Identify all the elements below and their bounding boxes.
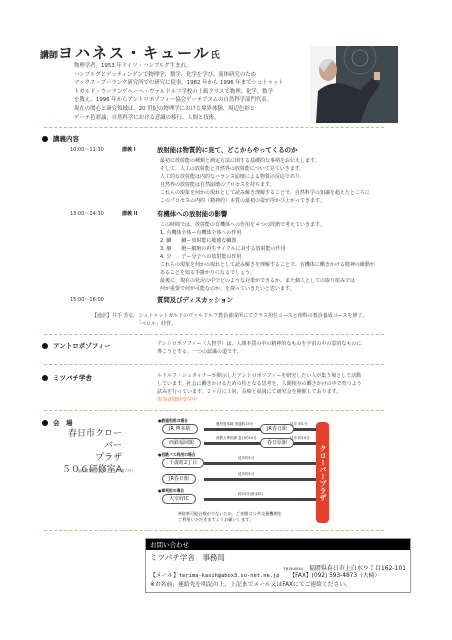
session-body: 最初に放射能の種類と測定方法に関する基礎的な事柄をお伝えします。 そして、人工の… bbox=[160, 157, 370, 205]
bullet-icon bbox=[42, 420, 48, 426]
mitsubachi-text: ルドルフ・シュタイナーが開示したアントロポゾフィーを研究したい人が集う場として活… bbox=[157, 372, 362, 404]
section-heading-mitsubachi: ミツバチ学舎 bbox=[42, 373, 92, 382]
station-nishitetsu-fukuoka: 西鉄福岡駅 bbox=[162, 438, 201, 448]
contact-org: ミツバチ学舎 事務局 bbox=[150, 552, 406, 563]
section-heading-venue: 会 場 bbox=[42, 418, 73, 427]
contact-heading: お問い合わせ bbox=[146, 539, 410, 550]
clover-plaza-label: クローバープラザ bbox=[316, 422, 329, 523]
session-title: 有機体への放射能の影響 bbox=[157, 209, 227, 218]
session-label: 講義 II bbox=[122, 210, 137, 217]
bio-line: ハンブルグとゲッティンゲンで物理学、数学、化学を学び、流体研究のため bbox=[74, 71, 294, 80]
interpreter-note: 【通訳】井手 芳弘：シュトゥットガルドのヴァルドルフ教員養成所にてクラス担任コー… bbox=[92, 312, 368, 328]
contact-email-link[interactable]: terima-kasih@abox3.so-net.ne.jp bbox=[179, 573, 280, 579]
lecturer-prefix: 講師 bbox=[40, 51, 58, 61]
session-title: 放射能は物質的に見て、どこからやってくるのか bbox=[157, 145, 297, 154]
session-time: 10:00～11:30 bbox=[70, 146, 104, 153]
route-map: ●鉄道利用の場合 JR 博多駅 鹿児島本線 普通約15分 JR春日駅 徒歩 約1… bbox=[158, 418, 328, 528]
station-jr-hakata: JR 博多駅 bbox=[162, 424, 198, 434]
bio-line: ゲーテ色彩論、自然科学における意識の移行、人間と技術。 bbox=[74, 114, 294, 123]
bullet-icon bbox=[42, 375, 48, 381]
parking-note: ※駐車可能台数が少ないため、ご来館は公共交通機関を ご利用いただきますようお願い… bbox=[178, 511, 282, 523]
anthroposophy-text: アントロポゾフィー（人智学）は、人間本質の中の精神的なものを宇宙の中の霊的なもの… bbox=[157, 340, 361, 356]
dazaifu-ic: 大宰府IC bbox=[162, 494, 196, 504]
divider bbox=[44, 530, 384, 531]
lecturer-suffix: 氏 bbox=[211, 51, 220, 61]
bio-line: 現在の関心と研究領域は、20 世紀の物理学における境界体験、周辺色彩と bbox=[74, 105, 294, 114]
divider bbox=[44, 127, 384, 128]
lecturer-title: 講師ヨハネス・キュール氏 bbox=[40, 42, 220, 63]
bio-line: マックス・プーランク研究所での研究に従事。1982 年から 1996 年までシュ… bbox=[74, 79, 294, 88]
session-time: 15:00～16:00 bbox=[70, 296, 104, 303]
session-body: この時間では、放射能の有機体への作用を４つの段階で考えていきます。 1. 有機体… bbox=[160, 221, 375, 293]
station-jr-kasuga: JR春日駅 bbox=[260, 424, 294, 434]
contact-address: 〒816-0844福岡県春日市上白水９丁目162-101 bbox=[150, 563, 406, 572]
lecturer-bio: 物理学者。1953 年ドイツ・ハンブルグ生まれ。 ハンブルグとゲッティンゲンで物… bbox=[74, 62, 294, 122]
divider bbox=[44, 410, 384, 411]
contact-box: お問い合わせ ミツバチ学舎 事務局 〒816-0844福岡県春日市上白水９丁目1… bbox=[145, 538, 411, 593]
venue-address: （福岡県春日市原町３丁目１番７号） bbox=[74, 469, 135, 474]
contact-fax: (092) 593-4873（大崎） bbox=[312, 573, 381, 579]
station-kasugabaru: 春日原駅 bbox=[260, 438, 294, 448]
participants-welcome-note: 参加者随時受付中 bbox=[157, 396, 362, 404]
bio-line: 物理学者。1953 年ドイツ・ハンブルグ生まれ。 bbox=[74, 62, 294, 71]
lecturer-name: ヨハネス・キュール bbox=[58, 44, 211, 62]
stop-chitose-2chome: 千歳町2丁目 bbox=[162, 458, 204, 468]
session-time: 13:00～14:30 bbox=[70, 210, 104, 217]
bullet-icon bbox=[42, 343, 48, 349]
divider bbox=[44, 334, 384, 335]
contact-mail-fax: 【メール】terima-kasih@abox3.so-net.ne.jp 【FA… bbox=[150, 572, 406, 581]
contact-note: ※お名前、連絡先を明記の上、上記までメール又はFAXにてご連絡ください。 bbox=[150, 581, 406, 590]
stop-jr-kasuga: JR春日駅 bbox=[162, 474, 196, 484]
section-heading-lectures: 講義内容 bbox=[42, 134, 79, 143]
divider bbox=[44, 364, 384, 365]
bio-line: トガルド・ウーランゲヘーヘ・ヴァルドルフ学校の上級クラスで物理、化学、数学 bbox=[74, 88, 294, 97]
section-heading-anthroposophy: アントロポゾフィー bbox=[42, 341, 111, 350]
bio-line: を教え、1996 年からアントロポゾフィー協会ゲーテアヌムの自然科学部門代表。 bbox=[74, 96, 294, 105]
session-label: 講義 I bbox=[122, 146, 136, 153]
lecturer-photo bbox=[310, 46, 398, 123]
session-title: 質問及びディスカッション bbox=[157, 295, 233, 304]
bullet-icon bbox=[42, 136, 48, 142]
